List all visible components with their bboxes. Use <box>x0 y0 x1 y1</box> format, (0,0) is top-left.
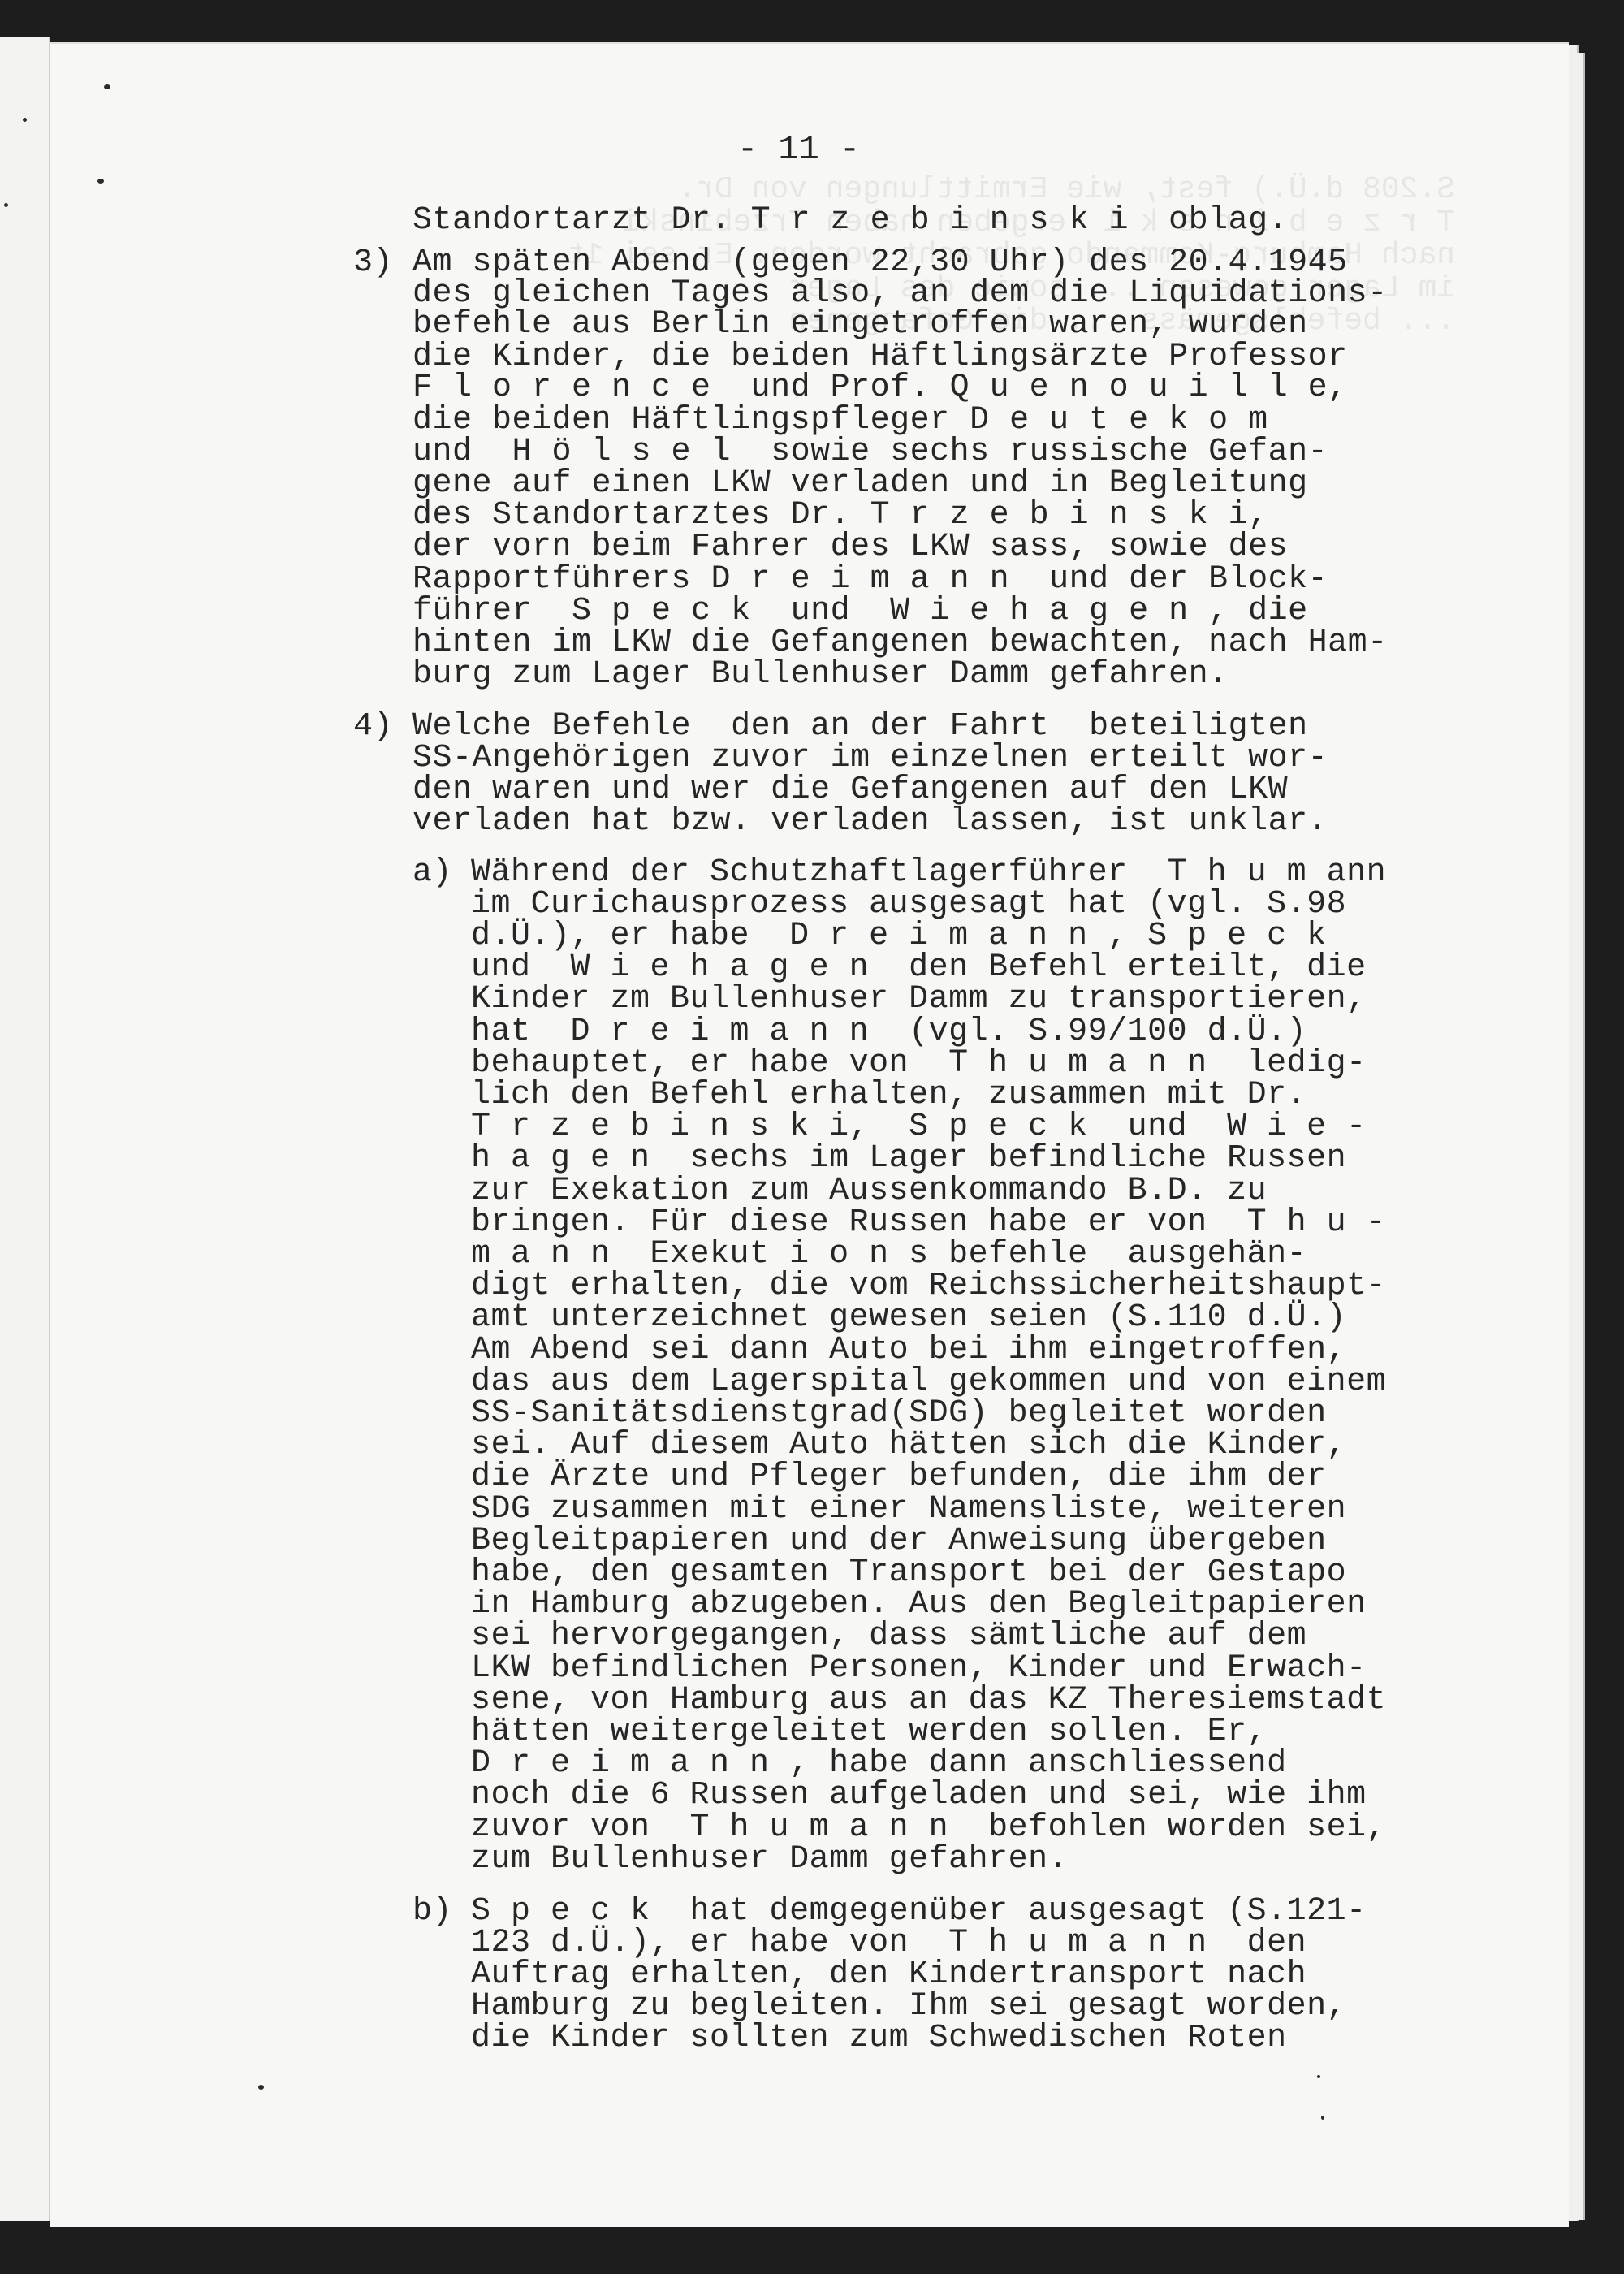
text-line: befehle aus Berlin eingetroffen waren, w… <box>412 309 1308 341</box>
text-line: zur Exekation zum Aussenkommando B.D. zu <box>471 1175 1267 1208</box>
text-line: sei hervorgegangen, dass sämtliche auf d… <box>471 1620 1307 1653</box>
text-line: Am Abend sei dann Auto bei ihm eingetrof… <box>471 1334 1346 1367</box>
page-number: - 11 - <box>737 130 860 169</box>
text-line: Während der Schutzhaftlagerführer T h u … <box>471 857 1386 889</box>
text-line: Hamburg zu begleiten. Ihm sei gesagt wor… <box>471 1991 1346 2023</box>
text-line: des gleichen Tages also, an dem die Liqu… <box>412 278 1388 310</box>
text-line: hinten im LKW die Gefangenen bewachten, … <box>412 627 1388 659</box>
scan-speck <box>1321 2116 1324 2120</box>
text-line: in Hamburg abzugeben. Aus den Begleitpap… <box>471 1589 1367 1621</box>
text-line: zum Bullenhuser Damm gefahren. <box>471 1844 1068 1876</box>
text-line: behauptet, er habe von T h u m a n n led… <box>471 1048 1367 1080</box>
text-line: T r z e b i n s k i, S p e c k und W i e… <box>471 1111 1367 1143</box>
text-line: d.Ü.), er habe D r e i m a n n , S p e c… <box>471 920 1327 953</box>
text-line: Kinder zm Bullenhuser Damm zu transporti… <box>471 984 1367 1016</box>
text-line: D r e i m a n n , habe dann anschliessen… <box>471 1748 1287 1780</box>
text-line: sene, von Hamburg aus an das KZ Theresie… <box>471 1684 1386 1717</box>
text-line: Am späten Abend (gegen 22,30 Uhr) des 20… <box>412 247 1348 279</box>
text-line: lich den Befehl erhalten, zusammen mit D… <box>471 1079 1307 1112</box>
text-line: SDG zusammen mit einer Namensliste, weit… <box>471 1494 1346 1526</box>
text-line: burg zum Lager Bullenhuser Damm gefahren… <box>412 659 1229 691</box>
text-line: im Curichausprozess ausgesagt hat (vgl. … <box>471 888 1346 921</box>
text-line: hat D r e i m a n n (vgl. S.99/100 d.Ü.) <box>471 1016 1307 1048</box>
text-line: habe, den gesamten Transport bei der Ges… <box>471 1557 1346 1589</box>
text-line: Auftrag erhalten, den Kindertransport na… <box>471 1959 1307 1991</box>
list-marker: 3) <box>353 247 393 279</box>
text-line: die Ärzte und Pfleger befunden, die ihm … <box>471 1461 1327 1494</box>
text-line: LKW befindlichen Personen, Kinder und Er… <box>471 1653 1367 1685</box>
text-line: gene auf einen LKW verladen und in Begle… <box>412 468 1308 500</box>
text-line: SS-Sanitätsdienstgrad(SDG) begleitet wor… <box>471 1398 1327 1430</box>
text-line: h a g e n sechs im Lager befindliche Rus… <box>471 1143 1346 1175</box>
scan-speck <box>1317 2075 1320 2078</box>
text-line: sei. Auf diesem Auto hätten sich die Kin… <box>471 1429 1346 1462</box>
text-line: das aus dem Lagerspital gekommen und von… <box>471 1366 1386 1399</box>
text-line: des Standortarztes Dr. T r z e b i n s k… <box>412 499 1268 532</box>
text-line: führer S p e c k und W i e h a g e n , d… <box>412 595 1308 628</box>
text-line: digt erhalten, die vom Reichssicherheits… <box>471 1270 1386 1303</box>
scan-speck <box>104 84 110 89</box>
text-line: die beiden Häftlingspfleger D e u t e k … <box>412 404 1268 437</box>
text-line: amt unterzeichnet gewesen seien (S.110 d… <box>471 1302 1346 1334</box>
text-line: F l o r e n c e und Prof. Q u e n o u i … <box>412 372 1348 404</box>
page-stack-edge <box>1577 53 1585 2220</box>
list-marker: b) <box>412 1896 452 1928</box>
text-line: bringen. Für diese Russen habe er von T … <box>471 1207 1386 1239</box>
text-line: Begleitpapieren und der Anweisung überge… <box>471 1525 1327 1558</box>
text-line: SS-Angehörigen zuvor im einzelnen erteil… <box>412 742 1328 775</box>
text-line: und W i e h a g e n den Befehl erteilt, … <box>471 952 1367 984</box>
list-marker: a) <box>412 857 452 889</box>
text-line: die Kinder sollten zum Schwedischen Rote… <box>471 2022 1287 2055</box>
text-line: hätten weitergeleitet werden sollen. Er, <box>471 1716 1267 1749</box>
scan-speck <box>97 179 104 184</box>
text-line: und H ö l s e l sowie sechs russische Ge… <box>412 436 1328 469</box>
text-line: m a n n Exekut i o n s befehle ausgehän- <box>471 1239 1307 1271</box>
text-line: den waren und wer die Gefangenen auf den… <box>412 774 1288 806</box>
text-line: noch die 6 Russen aufgeladen und sei, wi… <box>471 1779 1367 1812</box>
text-line: zuvor von T h u m a n n befohlen worden … <box>471 1812 1386 1844</box>
previous-page-edge <box>0 37 50 2221</box>
text-line: der vorn beim Fahrer des LKW sass, sowie… <box>412 531 1288 564</box>
text-line: Rapportführers D r e i m a n n und der B… <box>412 564 1328 596</box>
text-line: Standortarzt Dr. T r z e b i n s k i obl… <box>412 205 1288 237</box>
text-line: die Kinder, die beiden Häftlingsärzte Pr… <box>412 341 1348 374</box>
text-line: Welche Befehle den an der Fahrt beteilig… <box>412 711 1308 743</box>
scan-speck <box>4 203 8 207</box>
list-marker: 4) <box>353 711 393 743</box>
text-line: 123 d.Ü.), er habe von T h u m a n n den <box>471 1927 1307 1960</box>
scan-speck <box>23 118 27 122</box>
scan-speck <box>258 2085 264 2090</box>
text-line: S p e c k hat demgegenüber ausgesagt (S.… <box>471 1896 1367 1928</box>
text-line: verladen hat bzw. verladen lassen, ist u… <box>412 806 1328 838</box>
